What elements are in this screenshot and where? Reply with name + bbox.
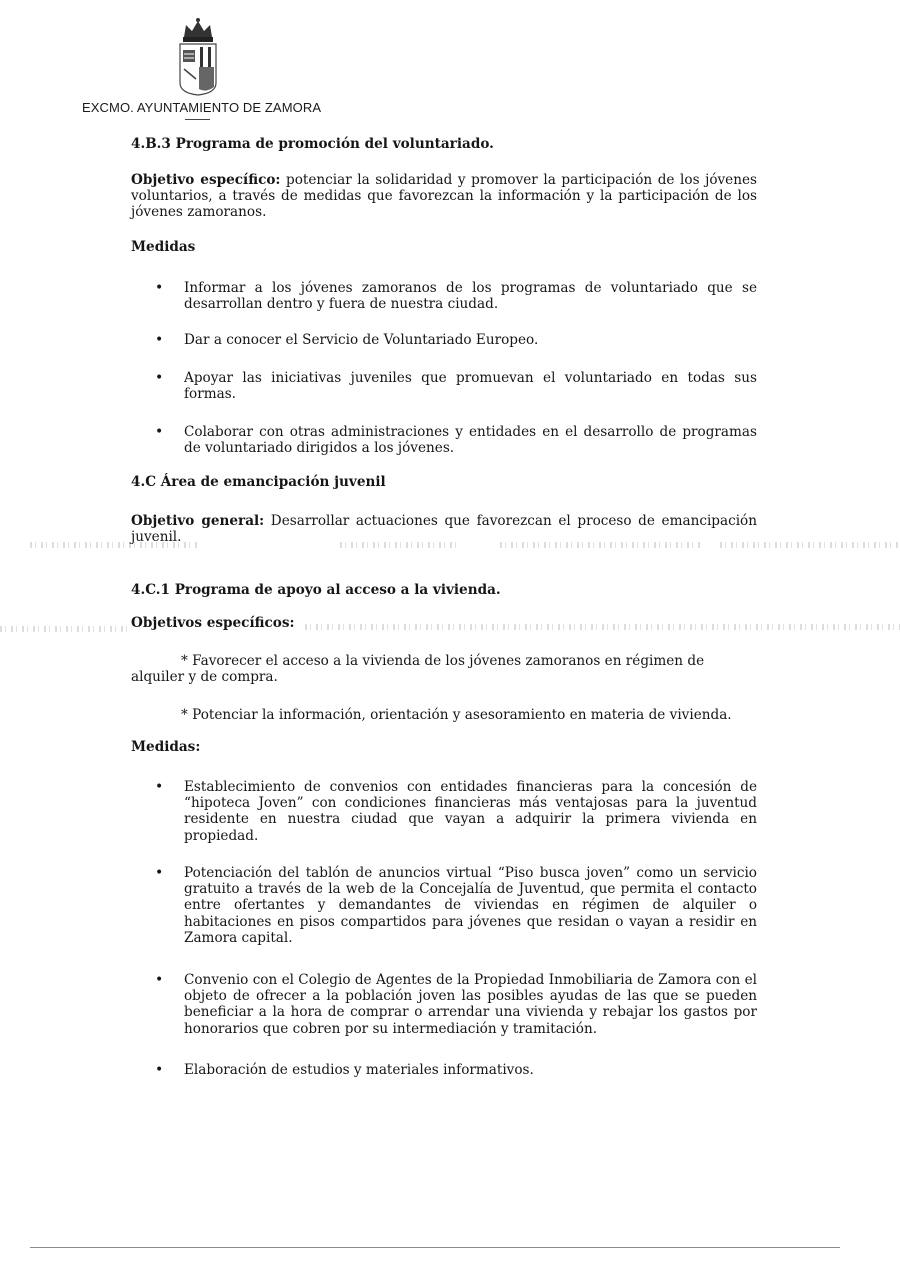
- list-item: • Dar a conocer el Servicio de Voluntari…: [131, 332, 757, 348]
- list-item: • Apoyar las iniciativas juveniles que p…: [131, 370, 757, 402]
- list-item: • Colaborar con otras administraciones y…: [131, 424, 757, 456]
- scan-artifact: [305, 624, 900, 630]
- bullet-icon: •: [155, 972, 163, 988]
- scan-artifact: [720, 542, 898, 548]
- bullet-icon: •: [155, 779, 163, 795]
- organization-name: EXCMO. AYUNTAMIENTO DE ZAMORA: [82, 100, 321, 115]
- bullet-icon: •: [155, 865, 163, 881]
- section-heading-4b3: 4.B.3 Programa de promoción del voluntar…: [131, 136, 757, 152]
- list-item: * Favorecer el acceso a la vivienda de l…: [131, 653, 757, 685]
- bullet-icon: •: [155, 332, 163, 348]
- objective-label: Objetivo general:: [131, 513, 264, 529]
- scan-artifact: [30, 542, 200, 548]
- objective-paragraph-4c: Objetivo general: Desarrollar actuacione…: [131, 513, 757, 545]
- section-heading-4c: 4.C Área de emancipación juvenil: [131, 474, 757, 490]
- list-item: • Establecimiento de convenios con entid…: [131, 779, 757, 844]
- section-heading-4c1: 4.C.1 Programa de apoyo al acceso a la v…: [131, 582, 757, 598]
- measures-label-4b3: Medidas: [131, 239, 757, 255]
- list-item: * Potenciar la información, orientación …: [131, 707, 757, 723]
- list-item: • Convenio con el Colegio de Agentes de …: [131, 972, 757, 1037]
- scan-artifact: [340, 542, 460, 548]
- list-item: • Potenciación del tablón de anuncios vi…: [131, 865, 757, 946]
- scan-artifact: [500, 542, 700, 548]
- list-item: • Informar a los jóvenes zamoranos de lo…: [131, 280, 757, 312]
- bullet-icon: •: [155, 370, 163, 386]
- bullet-icon: •: [155, 1062, 163, 1078]
- objective-paragraph-4b3: Objetivo específico: potenciar la solida…: [131, 172, 757, 221]
- measures-label-4c1: Medidas:: [131, 739, 757, 755]
- list-item: • Elaboración de estudios y materiales i…: [131, 1062, 757, 1078]
- zamora-coat-of-arms-icon: [172, 17, 224, 97]
- footer-divider: [30, 1247, 840, 1248]
- objective-label: Objetivo específico:: [131, 172, 280, 188]
- bullet-icon: •: [155, 424, 163, 440]
- scan-artifact: [0, 626, 130, 632]
- bullet-icon: •: [155, 280, 163, 296]
- letterhead-divider: [185, 119, 210, 120]
